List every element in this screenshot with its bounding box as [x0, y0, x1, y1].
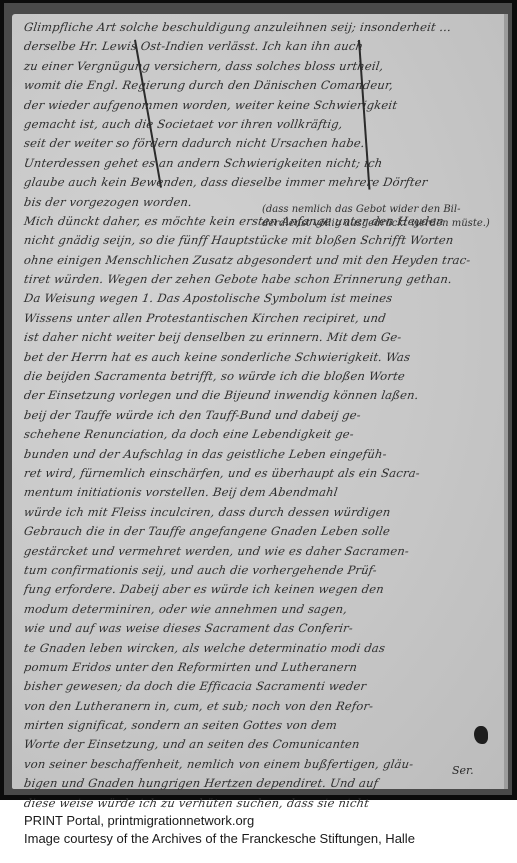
- margin-note: (dass nemlich das Gebot wider den Bil- d…: [262, 203, 502, 231]
- image-caption: PRINT Portal, printmigrationnetwork.org …: [24, 812, 415, 848]
- manuscript-line: Unterdessen gehet es an andern Schwierig…: [23, 154, 496, 173]
- manuscript-line: te Gnaden leben wircken, als welche dete…: [23, 639, 496, 658]
- manuscript-line: gemacht ist, auch die Societaet vor ihre…: [23, 115, 496, 134]
- ink-blot: [474, 726, 488, 744]
- manuscript-line: Worte der Einsetzung, und an seiten des …: [23, 735, 496, 754]
- manuscript-line: fung erfordere. Dabeij aber es würde ich…: [23, 580, 496, 599]
- manuscript-line: mentum initiationis vorstellen. Beij dem…: [23, 483, 496, 502]
- manuscript-line: tum confirmationis seij, und auch die vo…: [23, 561, 496, 580]
- caption-source: PRINT Portal, printmigrationnetwork.org: [24, 812, 415, 830]
- margin-note-line: (dass nemlich das Gebot wider den Bil-: [262, 203, 502, 217]
- manuscript-line: der Einsetzung vorlegen und die Bijeund …: [23, 386, 496, 405]
- manuscript-line: schehene Renunciation, da doch eine Lebe…: [23, 425, 496, 444]
- manuscript-line: der wieder aufgenommen worden, weiter ke…: [23, 96, 496, 115]
- manuscript-line: wie und auf was weise dieses Sacrament d…: [23, 619, 496, 638]
- manuscript-line: womit die Engl. Regierung durch den Däni…: [23, 76, 496, 95]
- manuscript-line: Gebrauch die in der Tauffe angefangene G…: [23, 522, 496, 541]
- manuscript-line: die beijden Sacramenta betrifft, so würd…: [23, 367, 496, 386]
- manuscript-line: Wissens unter allen Protestantischen Kir…: [23, 309, 496, 328]
- manuscript-line: nicht gnädig seijn, so die fünff Hauptst…: [23, 231, 496, 250]
- page-edge: [504, 14, 508, 789]
- manuscript-line: mirten significat, sondern an seiten Got…: [23, 716, 496, 735]
- manuscript-line: bisher gewesen; da doch die Efficacia Sa…: [23, 677, 496, 696]
- manuscript-line: ohne einigen Menschlichen Zusatz abgeson…: [23, 251, 496, 270]
- manuscript-line: seit der weiter so fördern dadurch nicht…: [23, 134, 496, 153]
- manuscript-line: von seiner beschaffenheit, nemlich von e…: [23, 755, 496, 774]
- manuscript-line: pomum Eridos unter den Reformirten und L…: [23, 658, 496, 677]
- manuscript-line: derselbe Hr. Lewis Ost-Indien verlässt. …: [23, 37, 496, 56]
- manuscript-line: gestärcket und vermehret werden, und wie…: [23, 542, 496, 561]
- margin-note-line: derdienst völlig ausgedrückt werden müst…: [262, 217, 502, 231]
- manuscript-line: Glimpfliche Art solche beschuldigung anz…: [23, 18, 496, 37]
- manuscript-line: bunden und der Aufschlag in das geistlic…: [23, 445, 496, 464]
- manuscript-line: bet der Herrn hat es auch keine sonderli…: [23, 348, 496, 367]
- manuscript-line: zu einer Vergnügung versichern, dass sol…: [23, 57, 496, 76]
- manuscript-text: Glimpfliche Art solche beschuldigung anz…: [24, 18, 494, 813]
- manuscript-line: tiret würden. Wegen der zehen Gebote hab…: [23, 270, 496, 289]
- signature: Ser.: [452, 764, 474, 777]
- manuscript-line: ist daher nicht weiter beij denselben zu…: [23, 328, 496, 347]
- manuscript-line: von den Lutheranern in, cum, et sub; noc…: [23, 697, 496, 716]
- manuscript-line: bigen und Gnaden hungrigen Hertzen depen…: [23, 774, 496, 793]
- manuscript-line: beij der Tauffe würde ich den Tauff-Bund…: [23, 406, 496, 425]
- caption-credit: Image courtesy of the Archives of the Fr…: [24, 830, 415, 848]
- manuscript-line: modum determiniren, oder wie annehmen un…: [23, 600, 496, 619]
- manuscript-line: würde ich mit Fleiss inculciren, dass du…: [23, 503, 496, 522]
- manuscript-line: Da Weisung wegen 1. Das Apostolische Sym…: [23, 289, 496, 308]
- manuscript-line: diese weise würde ich zu verhüten suchen…: [23, 794, 496, 813]
- manuscript-line: glaube auch kein Bewenden, dass dieselbe…: [23, 173, 496, 192]
- manuscript-line: ret wird, fürnemlich einschärfen, und es…: [23, 464, 496, 483]
